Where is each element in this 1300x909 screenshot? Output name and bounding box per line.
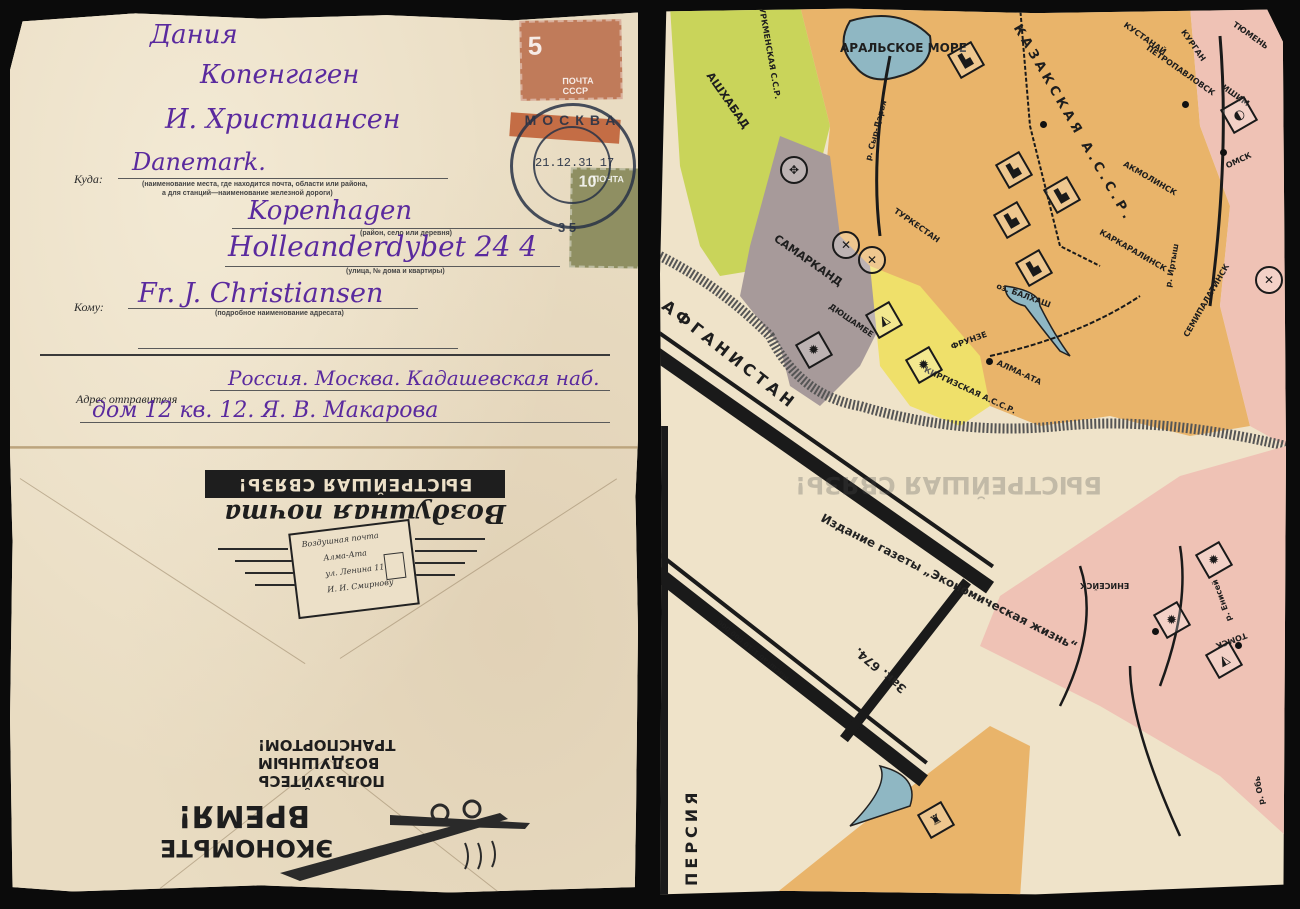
- city-dot-tomsk: [1235, 642, 1242, 649]
- postmark: МОСКВА 21.12.31 17: [510, 103, 636, 229]
- postmark-date: 21.12.31 17: [535, 156, 614, 170]
- label-persia: ПЕРСИЯ: [682, 789, 701, 887]
- handwritten-country: Дания: [150, 20, 238, 50]
- sender-line1: Россия. Москва. Кадашевская наб.: [228, 366, 599, 390]
- cotton-icon: ✕: [1255, 266, 1283, 294]
- slogan-sub-3: ТРАНСПОРТОМ!: [258, 736, 395, 754]
- city-dot-yeniseisk: [1152, 628, 1159, 635]
- postmark-city: МОСКВА: [513, 112, 633, 128]
- banner-fastest-connection: БЫСТРЕЙШАЯ СВЯЗЬ!: [205, 470, 505, 498]
- cotton-icon: ✕: [858, 246, 886, 274]
- speed-line: [415, 562, 465, 564]
- slogan-sub-2: ВОЗДУШНЫМ: [258, 754, 379, 772]
- envelope-interior-map: АРАЛЬСКОЕ МОРЕ АШХАБАД САМАРКАНД ДЮШАМБЕ…: [660, 6, 1286, 898]
- speed-line: [415, 550, 477, 552]
- address-line: [225, 266, 560, 267]
- speed-line: [218, 548, 288, 550]
- hint-whom: (подробное наименование адресата): [215, 310, 344, 317]
- hint-place: (наименование места, где находится почта…: [142, 181, 368, 188]
- city-dot-omsk: [1220, 149, 1227, 156]
- map-regions: [660, 6, 1286, 898]
- envelope-illustration: Воздушная почта Алма-Ата ул. Ленина 11 И…: [288, 519, 420, 619]
- divider-line: [40, 354, 610, 356]
- speed-line: [415, 574, 455, 576]
- fold-crease: [10, 446, 638, 449]
- slogan-sub-1: ПОЛЬЗУЙТЕСЬ: [258, 772, 385, 790]
- to-street: Holleanderdybet 24 4: [228, 230, 537, 263]
- handwritten-recipient: И. Христиансен: [165, 104, 401, 135]
- airplane-icon: [240, 793, 530, 883]
- envelope-scan: Дания Копенгаген И. Христиансен Куда: Da…: [10, 8, 638, 896]
- address-line: [138, 348, 458, 349]
- address-line: [210, 390, 610, 391]
- handwritten-city: Копенгаген: [200, 60, 359, 90]
- address-line: [128, 308, 418, 309]
- label-yeniseisk: ЕНИСЕЙСК: [1080, 581, 1129, 590]
- sender-line2: дом 12 кв. 12. Я. В. Макарова: [92, 398, 438, 423]
- cotton-icon: ✕: [832, 231, 860, 259]
- city-dot-petropavlovsk: [1182, 101, 1189, 108]
- ghost-banner-showthrough: БЫСТРЕЙШАЯ СВЯЗЬ!: [795, 471, 1102, 499]
- address-line: [232, 228, 552, 229]
- whom-value: Fr. J. Christiansen: [138, 278, 383, 309]
- speed-line: [245, 572, 295, 574]
- city-dot-alma-ata: [986, 358, 993, 365]
- speed-line: [415, 538, 485, 540]
- postage-stamp-5: 5 ПОЧТА СССР: [519, 19, 622, 101]
- to-country: Danemark.: [132, 148, 266, 176]
- stamp-glyph-icon: [383, 552, 406, 580]
- whom-label: Кому:: [74, 300, 104, 315]
- speed-line: [235, 560, 293, 562]
- speed-line: [255, 584, 295, 586]
- city-dot-akmolinsk: [1040, 121, 1047, 128]
- to-city: Kopenhagen: [248, 196, 412, 226]
- to-label: Куда:: [74, 172, 103, 187]
- address-line: [80, 422, 610, 423]
- address-line: [118, 178, 448, 179]
- postmark-office: 3 5: [558, 220, 576, 235]
- compass-icon: ✥: [780, 156, 808, 184]
- hint-street: (улица, № дома и квартиры): [346, 268, 445, 275]
